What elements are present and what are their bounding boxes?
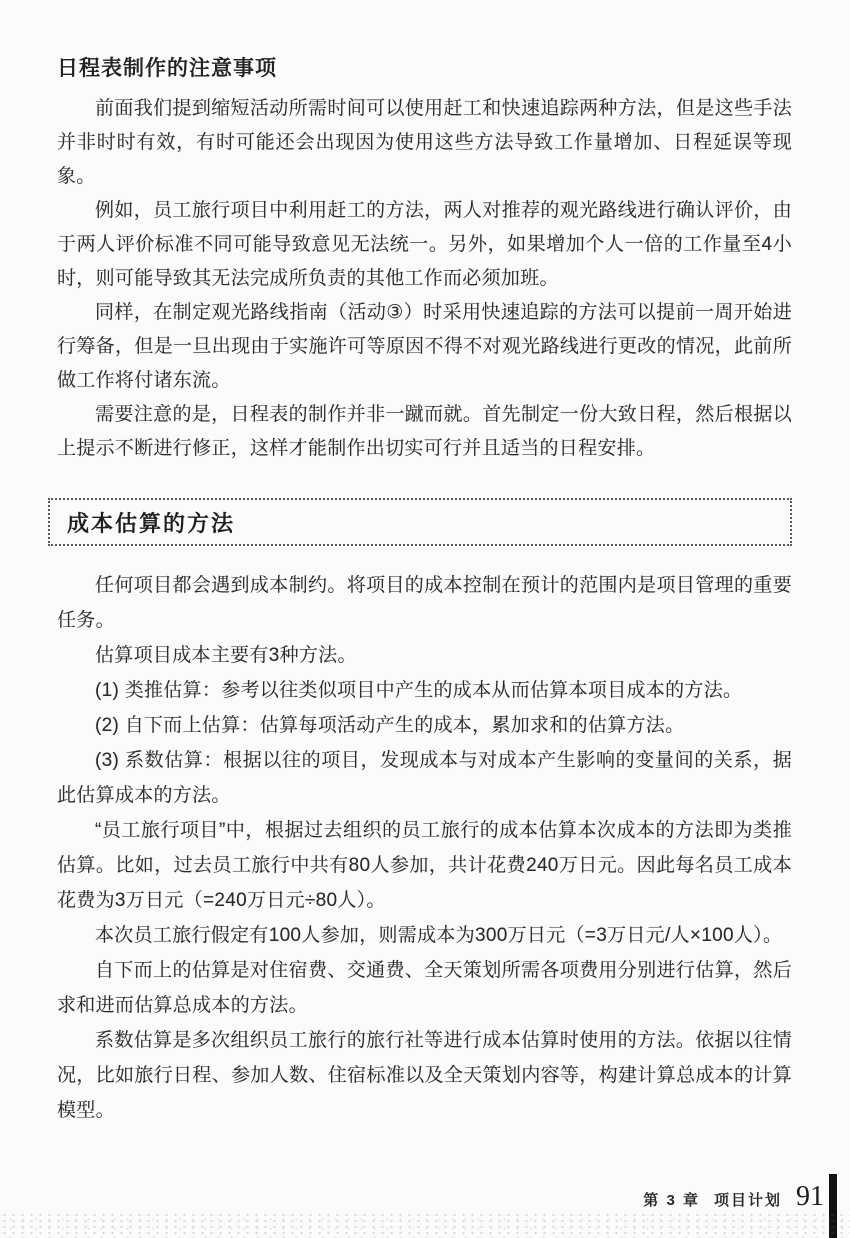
schedule-notes-heading: 日程表制作的注意事项: [57, 52, 792, 82]
cost-detail-paragraph-3: 自下而上的估算是对住宿费、交通费、全天策划所需各项费用分别进行估算，然后求和进而…: [57, 953, 792, 1023]
book-page: 日程表制作的注意事项 前面我们提到缩短活动所需时间可以使用赶工和快速追踪两种方法…: [0, 0, 850, 1238]
page-content: 日程表制作的注意事项 前面我们提到缩短活动所需时间可以使用赶工和快速追踪两种方法…: [57, 0, 792, 1128]
schedule-paragraph-1: 前面我们提到缩短活动所需时间可以使用赶工和快速追踪两种方法，但是这些手法并非时时…: [57, 92, 792, 194]
cost-detail-paragraph-1: “员工旅行项目”中，根据过去组织的员工旅行的成本估算本次成本的方法即为类推估算。…: [57, 813, 792, 918]
cost-methods-title-box: 成本估算的方法: [48, 498, 792, 546]
cost-methods-section: 任何项目都会遇到成本制约。将项目的成本控制在预计的范围内是项目管理的重要任务。 …: [57, 568, 792, 1128]
footer-page-number: 91: [796, 1181, 824, 1213]
cost-detail-paragraph-2: 本次员工旅行假定有100人参加，则需成本为300万日元（=3万日元/人×100人…: [57, 918, 792, 953]
page-footer: 第 3 章 项目计划 91: [643, 1181, 824, 1213]
cost-intro-paragraph-2: 估算项目成本主要有3种方法。: [57, 638, 792, 673]
cost-intro-paragraph-1: 任何项目都会遇到成本制约。将项目的成本控制在预计的范围内是项目管理的重要任务。: [57, 568, 792, 638]
cost-method-item-3: (3) 系数估算：根据以往的项目，发现成本与对成本产生影响的变量间的关系，据此估…: [57, 743, 792, 813]
cost-detail-paragraph-4: 系数估算是多次组织员工旅行的旅行社等进行成本估算时使用的方法。依据以往情况，比如…: [57, 1023, 792, 1128]
cost-method-item-1: (1) 类推估算：参考以往类似项目中产生的成本从而估算本项目成本的方法。: [57, 673, 792, 708]
schedule-paragraph-3: 同样，在制定观光路线指南（活动③）时采用快速追踪的方法可以提前一周开始进行筹备，…: [57, 296, 792, 398]
schedule-paragraph-4: 需要注意的是，日程表的制作并非一蹴而就。首先制定一份大致日程，然后根据以上提示不…: [57, 398, 792, 466]
scan-noise-band: [0, 1212, 850, 1238]
schedule-paragraph-2: 例如，员工旅行项目中利用赶工的方法，两人对推荐的观光路线进行确认评价，由于两人评…: [57, 194, 792, 296]
footer-chapter-label: 第 3 章: [643, 1189, 700, 1210]
cost-method-item-2: (2) 自下而上估算：估算每项活动产生的成本，累加求和的估算方法。: [57, 708, 792, 743]
cost-methods-title: 成本估算的方法: [67, 507, 235, 538]
footer-section-label: 项目计划: [714, 1189, 782, 1210]
